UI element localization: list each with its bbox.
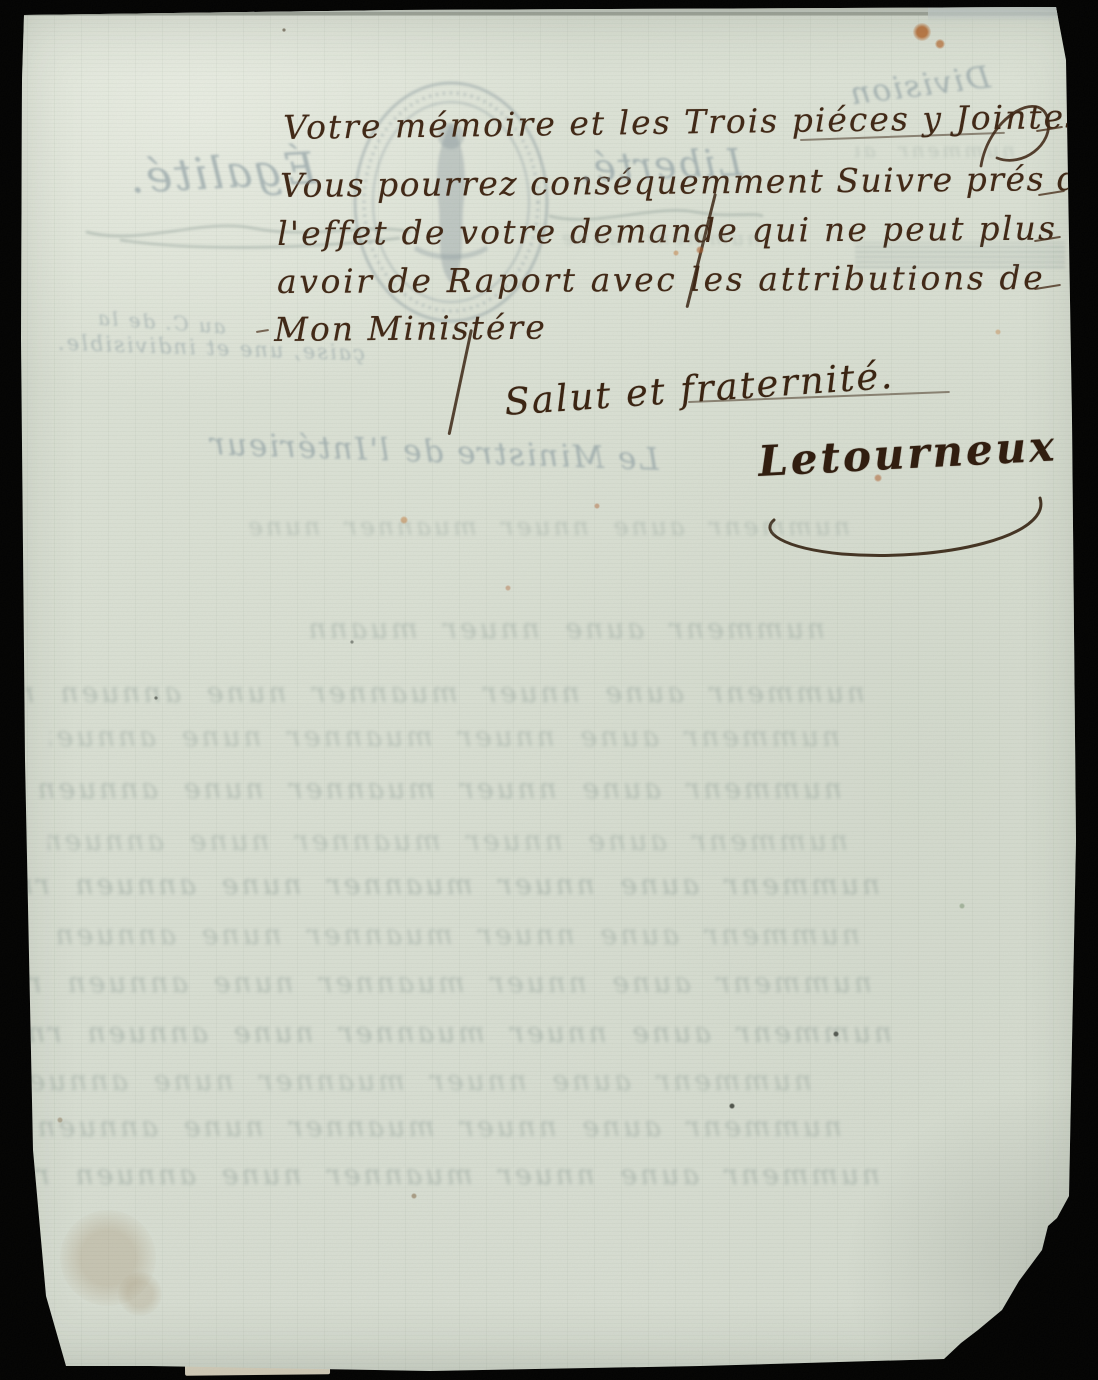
bleed-illegible-line: nummenr aune nnuer muanner nune annuen r… <box>50 720 840 753</box>
closing-salutation: Salut et fraternité. <box>503 354 895 424</box>
foxing-spot <box>411 1193 417 1199</box>
foxing-spot <box>350 640 354 644</box>
bleed-illegible-line: nummenr aune nnuer muanner nune annuen r… <box>32 772 842 805</box>
foxing-spot <box>833 1031 839 1037</box>
bleed-illegible-line: nummenr aune nnuer muanner nune annuen r… <box>22 1016 892 1049</box>
scan-background: { "scan": { "description": "aged manuscr… <box>0 0 1098 1380</box>
foxing-spot <box>400 516 408 524</box>
bleed-illegible-line: nummenr aune nnuer muanner nune annuen r… <box>30 918 860 951</box>
foxing-spot <box>594 503 600 509</box>
margin-dash <box>256 329 269 333</box>
foxing-spot <box>995 329 1001 335</box>
foxing-spot <box>118 1272 162 1316</box>
bleed-illegible-line: nummenr aune nnuer muanner nune annuen r… <box>545 226 760 250</box>
foxing-spot <box>673 250 679 256</box>
bleed-illegible-line: nummenr aune nnuer muanner nune annuen r… <box>305 612 825 645</box>
bleed-liberte: Liberté. <box>577 141 743 190</box>
bleed-egalite: Égalité. <box>127 143 318 204</box>
bleed-illegible-line: nummenr aune nnuer muanner nune annuen r… <box>25 676 865 709</box>
bleed-smudge-band <box>855 242 1065 268</box>
foxing-spot <box>874 474 882 482</box>
bleed-illegible-line: nummenr aune nnuer muanner nune annuen r… <box>22 966 872 999</box>
foxing-spot <box>913 23 931 41</box>
foxing-spot <box>729 1103 735 1109</box>
bleed-illegible-line: nummenr aune nnuer muanner nune annuen r… <box>20 868 880 901</box>
foxing-spot <box>505 585 511 591</box>
bleed-minister-line: Le Ministre de l'Intérieur <box>208 426 660 478</box>
bleed-illegible-line: nummenr aune nnuer muanner nune annuen r… <box>20 1158 880 1191</box>
foxing-spot <box>935 39 945 49</box>
letter-paper: Votre mémoire et les Trois piéces y Join… <box>0 0 1098 1380</box>
signature: Letourneux <box>757 421 1058 486</box>
bleed-illegible-line: nummenr aune nnuer muanner nune annuen r… <box>250 512 850 541</box>
bleed-illegible-line: nummenr aune nnuer muanner nune annuen r… <box>48 824 848 857</box>
foxing-spot <box>154 696 158 700</box>
foxing-spot <box>696 246 704 254</box>
bleed-illegible-line: nummenr aune nnuer muanner nune annuen r… <box>22 1110 842 1143</box>
bleed-illegible-line: nummenr aune nnuer muanner nune annuen r… <box>855 138 1015 162</box>
foxing-spot <box>959 903 965 909</box>
top-sheet-edge-right <box>928 6 1098 22</box>
foxing-spot <box>282 28 286 32</box>
bleed-illegible-line: nummenr aune nnuer muanner nune annuen r… <box>22 1064 812 1097</box>
foxing-spot <box>57 1117 63 1123</box>
